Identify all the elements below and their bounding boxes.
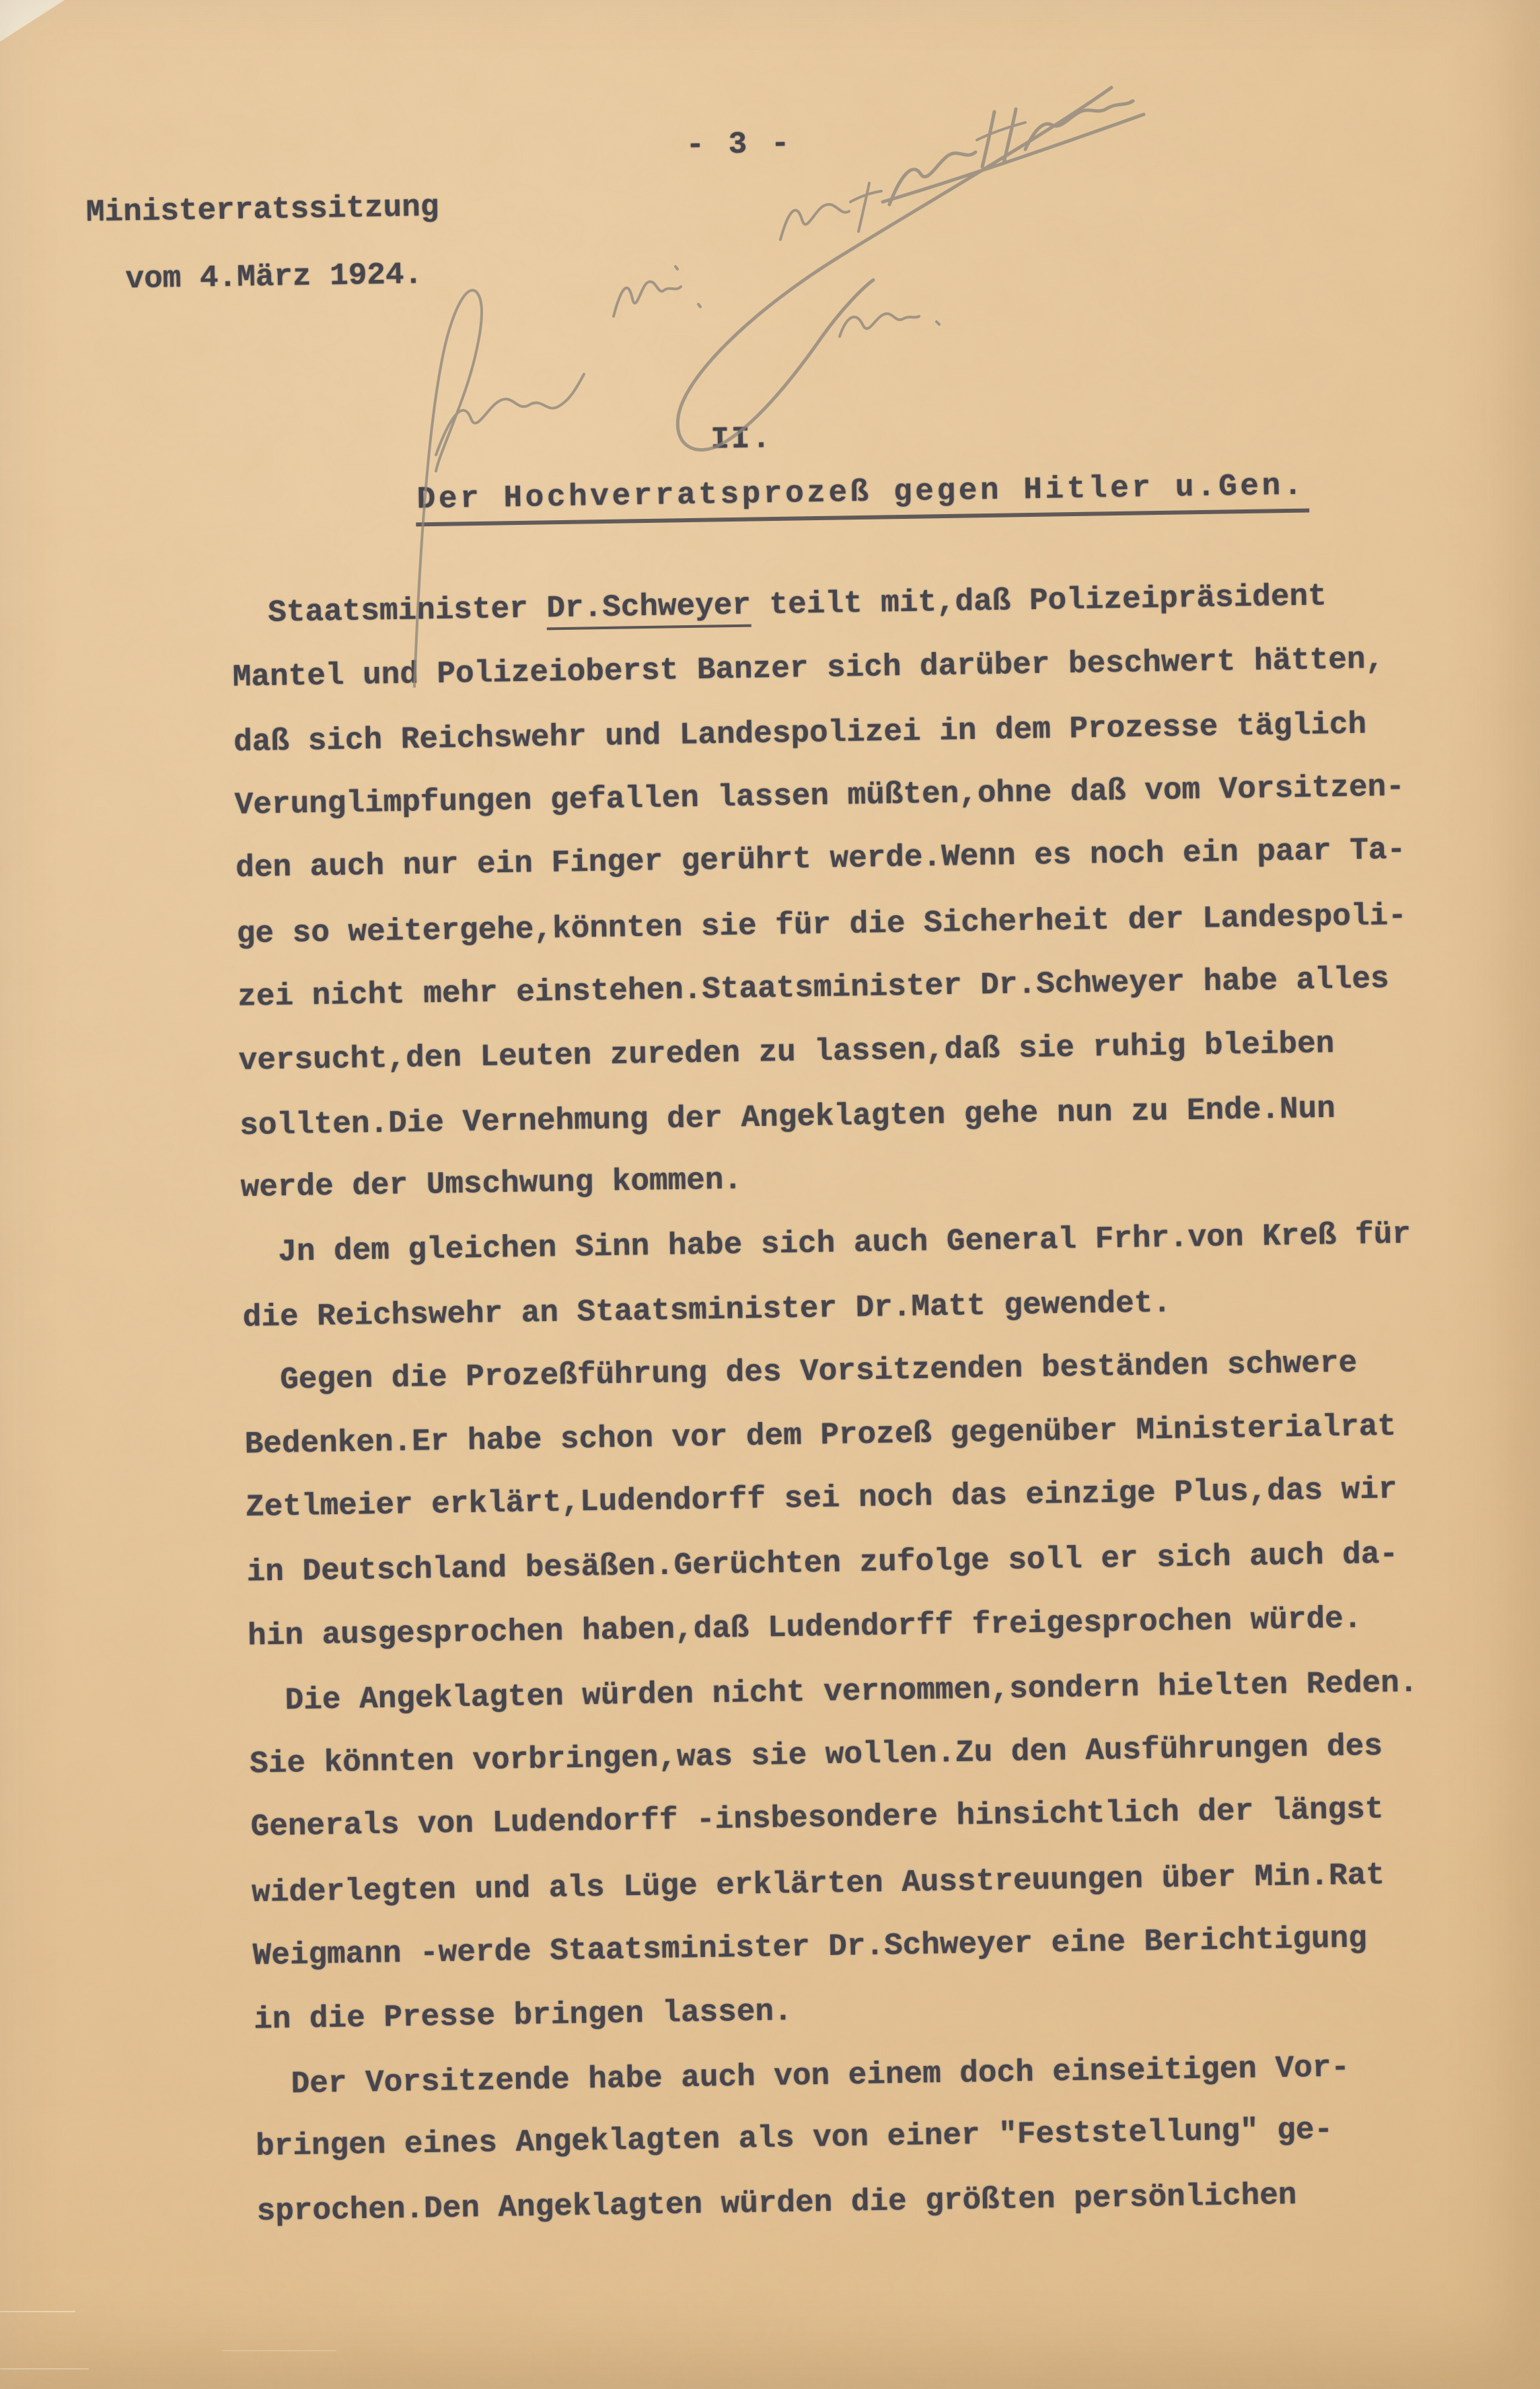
typed-content-layer: - 3 - Ministerratssitzung vom 4.März 192… [0, 0, 1540, 2389]
section-numeral: II. [710, 421, 773, 457]
header-session-date: vom 4.März 1924. [125, 257, 423, 297]
header-session-title: Ministerratssitzung [86, 190, 439, 230]
section-title: Der Hochverratsprozeß gegen Hitler u.Gen… [415, 468, 1309, 527]
underlined-text: Dr.Schweyer [546, 588, 751, 631]
scanned-document-page: { "document": { "page_number": "- 3 -", … [0, 0, 1540, 2389]
page-number: - 3 - [686, 127, 793, 163]
text-body: Staatsminister Dr.Schweyer teilt mit,daß… [231, 563, 1489, 2244]
